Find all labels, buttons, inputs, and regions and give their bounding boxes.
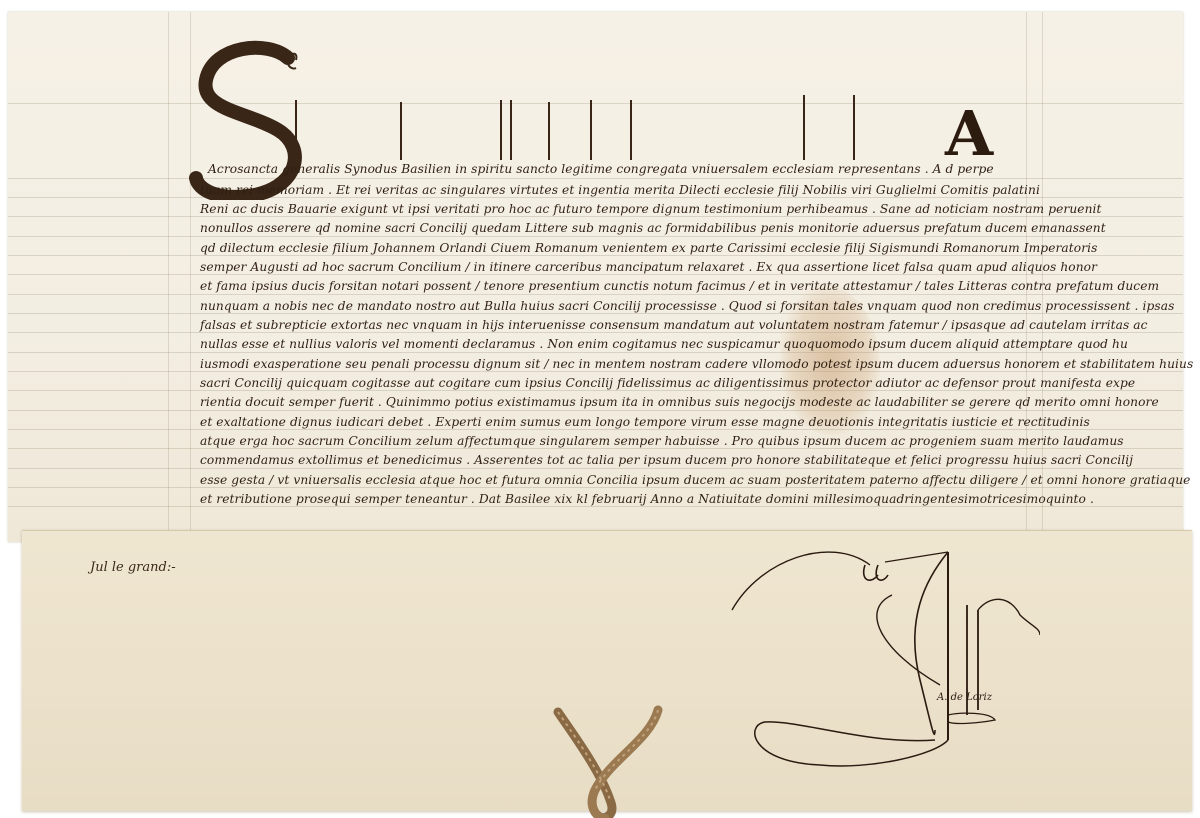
ruling-line	[8, 332, 1183, 333]
marginal-note: Jul le grand:-	[90, 560, 176, 575]
ruling-line	[8, 313, 1183, 314]
text-line: rientia docuit semper fuerit . Quinimmo …	[200, 395, 1159, 409]
text-line: nunquam a nobis nec de mandato nostro au…	[200, 299, 1174, 313]
ruling-line	[8, 468, 1183, 469]
margin-rule	[168, 12, 169, 530]
ruling-line	[8, 371, 1183, 372]
text-line: Reni ac ducis Bauarie exigunt vt ipsi ve…	[200, 202, 1102, 216]
text-line: nonullos asserere qd nomine sacri Concil…	[200, 221, 1106, 235]
ascender-stroke	[510, 100, 512, 160]
ruling-line	[8, 255, 1183, 256]
ruling-line	[8, 294, 1183, 295]
ruling-line	[8, 236, 1183, 237]
text-line: falsas et subrepticie extortas nec vnqua…	[200, 318, 1148, 332]
ascender-stroke	[803, 95, 805, 160]
text-line: semper Augusti ad hoc sacrum Concilium /…	[200, 260, 1097, 274]
ascender-stroke	[630, 100, 632, 160]
text-line: nullas esse et nullius valoris vel momen…	[200, 337, 1128, 351]
ruling-line	[8, 487, 1183, 488]
ruling-line	[8, 216, 1183, 217]
ascender-stroke	[400, 102, 402, 160]
ascender-stroke	[548, 102, 550, 160]
ruling-line	[8, 197, 1183, 198]
signature-label: A. de Loriz	[937, 692, 992, 703]
text-line: Acrosancta generalis Synodus Basilien in…	[208, 162, 994, 176]
text-line: commendamus extollimus et benedicimus . …	[200, 453, 1133, 467]
ruling-line	[8, 506, 1183, 507]
decorated-initial-s	[188, 40, 318, 200]
ruling-line	[8, 178, 1183, 179]
ascender-stroke	[590, 100, 592, 160]
text-line: atque erga hoc sacrum Concilium zelum af…	[200, 434, 1124, 448]
ruling-line	[8, 429, 1183, 430]
decorated-initial-a: A	[945, 102, 993, 166]
ruling-line	[8, 410, 1183, 411]
scribe-signature-flourish	[720, 540, 1040, 790]
text-line: et retributione prosequi semper teneantu…	[200, 492, 1094, 506]
text-line: iusmodi exasperatione seu penali process…	[200, 357, 1193, 371]
text-line: sacri Concilij quicquam cogitasse aut co…	[200, 376, 1135, 390]
seal-cord	[540, 700, 680, 818]
text-line: esse gesta / vt vniuersalis ecclesia atq…	[200, 473, 1190, 487]
ruling-line	[8, 390, 1183, 391]
ascender-stroke	[853, 95, 855, 160]
text-line: et exaltatione dignus iudicari debet . E…	[200, 415, 1090, 429]
ruling-line	[8, 103, 1183, 104]
ascender-stroke	[500, 100, 502, 160]
ruling-line	[8, 448, 1183, 449]
text-line: tuam rei memoriam . Et rei veritas ac si…	[200, 183, 1040, 197]
ruling-line	[8, 274, 1183, 275]
text-line: qd dilectum ecclesie filium Johannem Orl…	[200, 241, 1098, 255]
text-line: et fama ipsius ducis forsitan notari pos…	[200, 279, 1159, 293]
ruling-line	[8, 352, 1183, 353]
ascender-stroke	[295, 100, 297, 160]
